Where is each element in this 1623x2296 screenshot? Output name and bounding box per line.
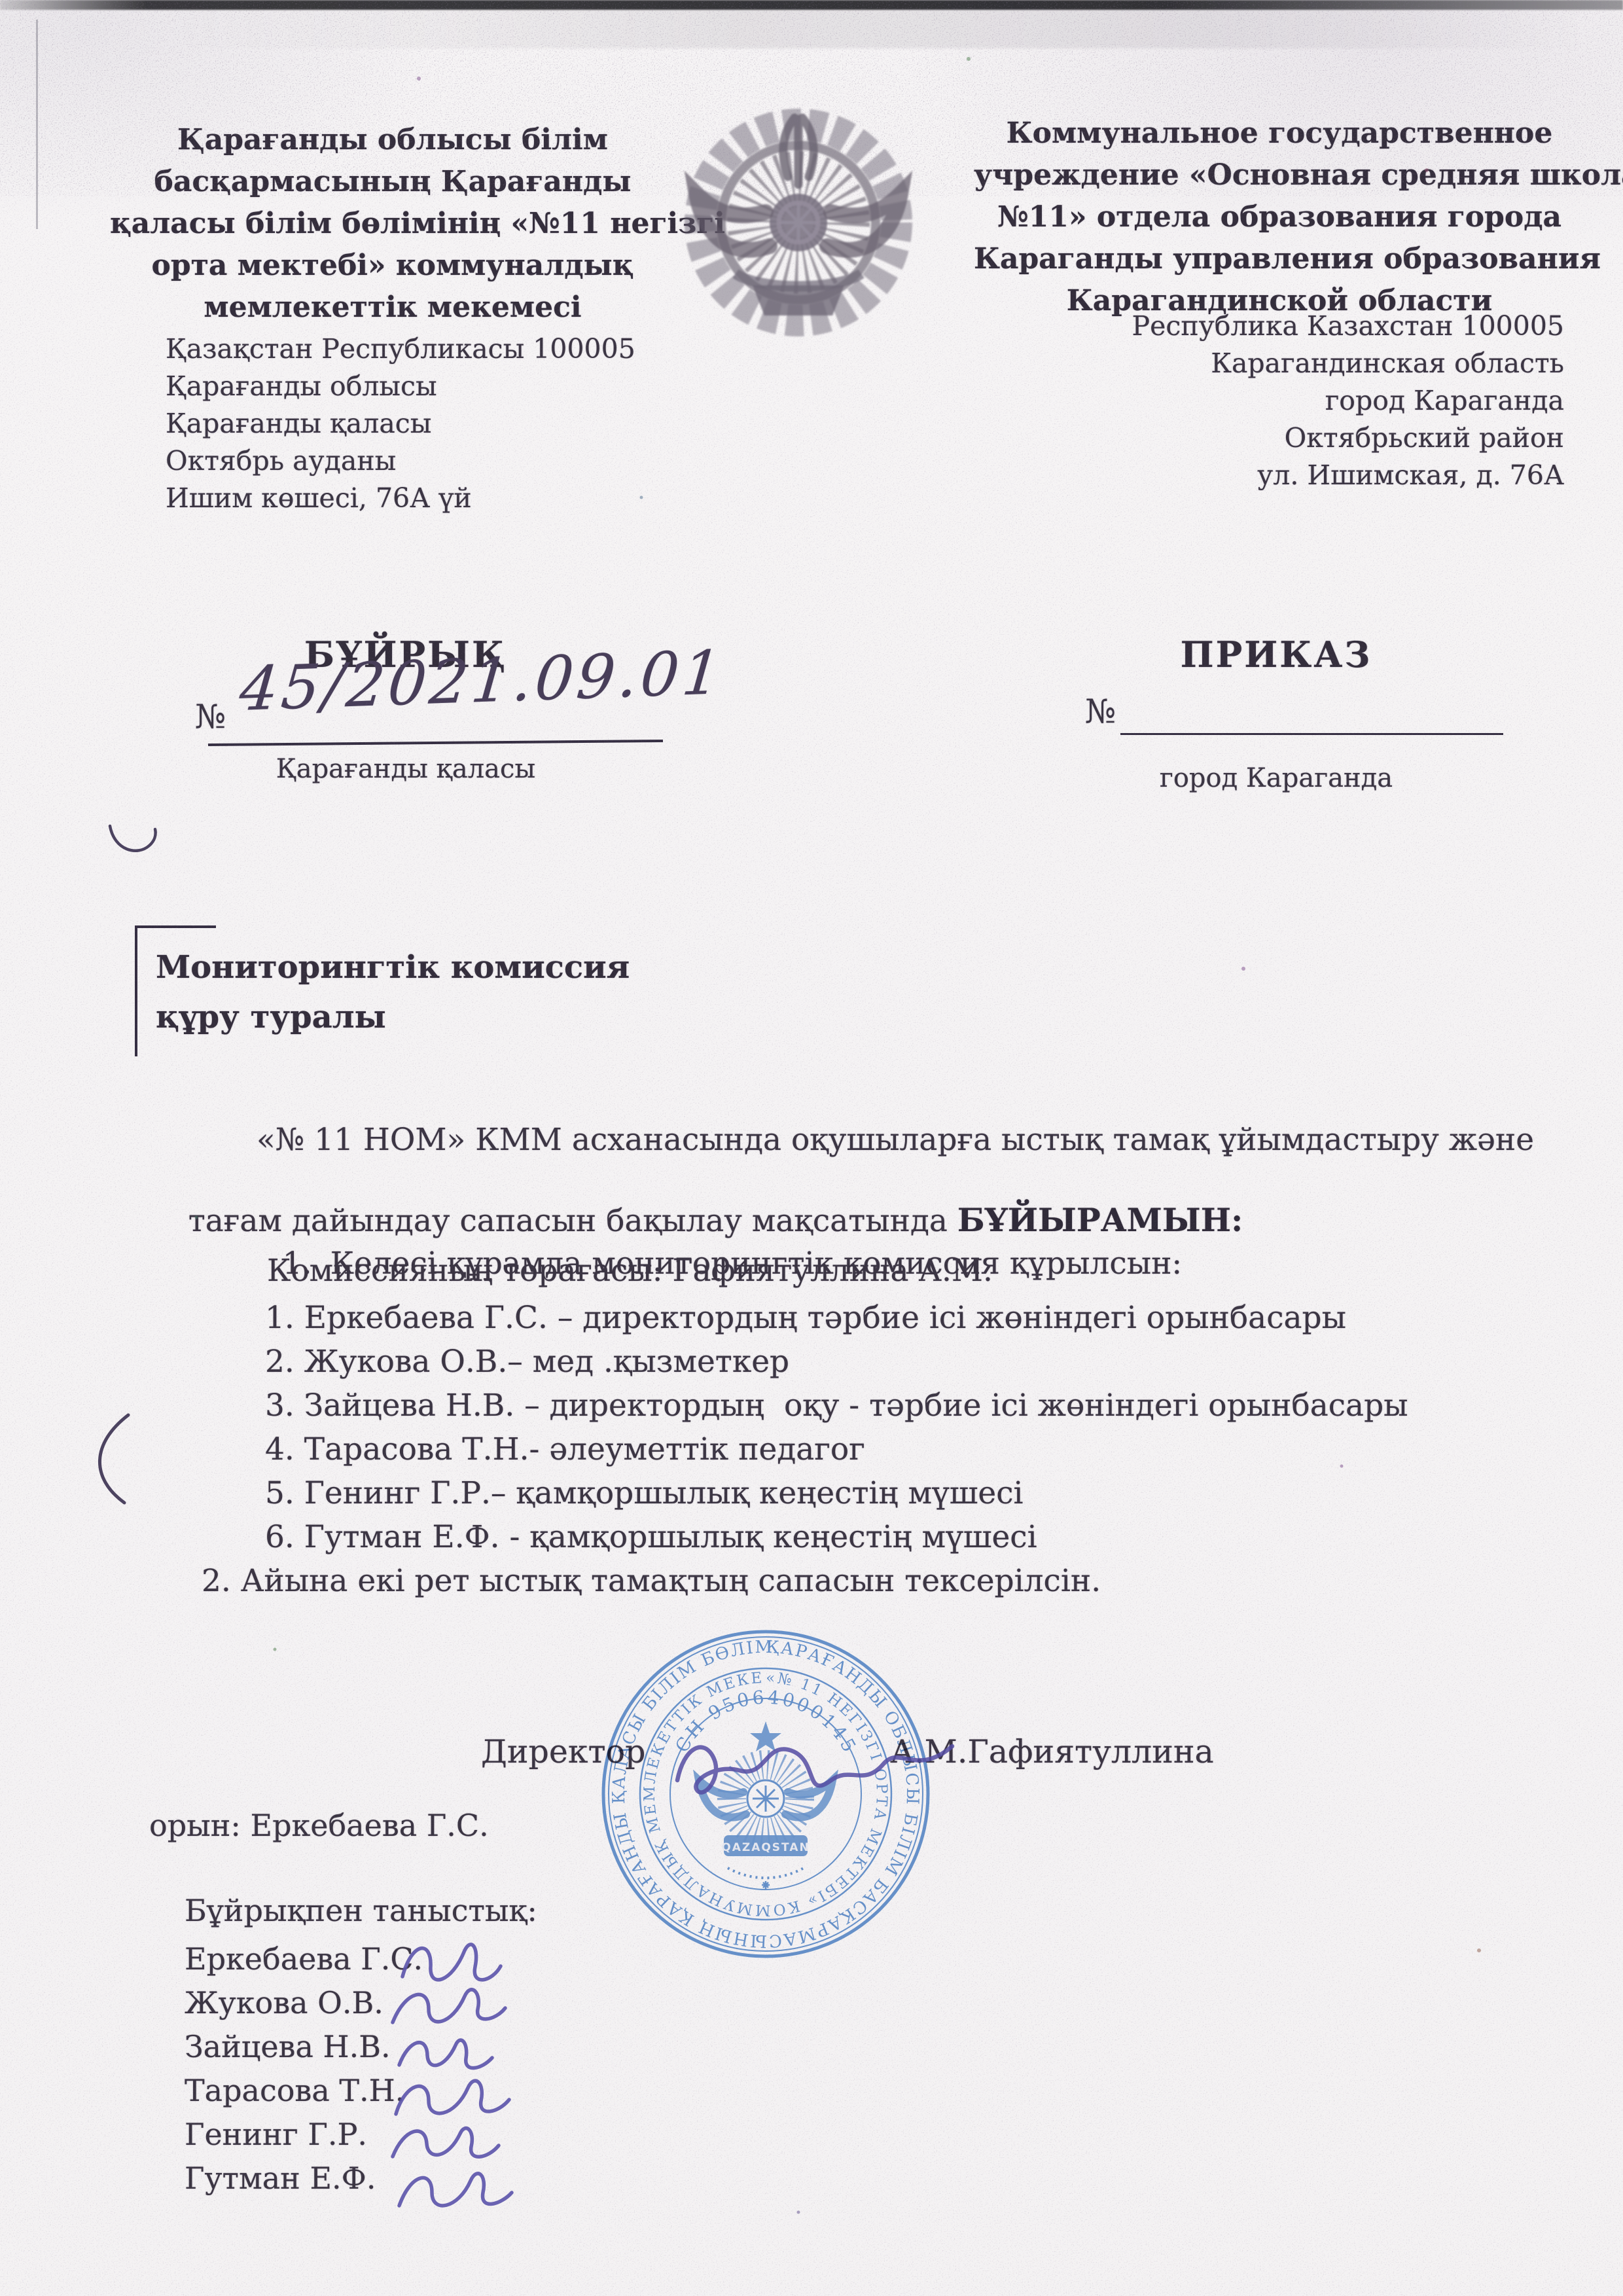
commission-members-list: 1. Еркебаева Г.С. – директордың тәрбие і… bbox=[265, 1296, 1408, 1559]
commission-member-row: 5. Генинг Г.Р.– қамқоршылық кеңестің мүш… bbox=[265, 1471, 1408, 1515]
body-item-2: 2. Айына екі рет ыстық тамақтың сапасын … bbox=[202, 1563, 1101, 1599]
order-number-label-kazakh: № bbox=[195, 698, 226, 736]
subject-bracket-horizontal bbox=[135, 925, 216, 928]
scan-left-edge-line bbox=[36, 20, 38, 229]
subject-line-1: Мониторингтік комиссия bbox=[156, 942, 630, 992]
address-line: Октябрь ауданы bbox=[166, 442, 635, 480]
address-line: ул. Ишимская, д. 76А bbox=[1021, 457, 1564, 494]
letterhead-left-org-line: қаласы білім бөлімінің «№11 негізгі bbox=[110, 203, 675, 245]
order-number-underline-kazakh bbox=[208, 740, 663, 746]
letterhead-right-org-line: учреждение «Основная средняя школа bbox=[974, 154, 1585, 196]
executor-line: орын: Еркебаева Г.С. bbox=[149, 1808, 489, 1843]
body-intro-line-1: «№ 11 НОМ» КММ асханасында оқушыларға ыс… bbox=[257, 1122, 1534, 1158]
letterhead-right-org-line: №11» отдела образования города bbox=[974, 196, 1585, 238]
address-line: Республика Казахстан 100005 bbox=[1021, 308, 1564, 345]
acknowledgement-signatures-ink bbox=[366, 1911, 589, 2225]
address-line: Қазақстан Республикасы 100005 bbox=[166, 331, 635, 368]
address-line: Қарағанды облысы bbox=[166, 368, 635, 405]
commission-member-row: 4. Тарасова Т.Н.- әлеуметтік педагог bbox=[265, 1427, 1408, 1471]
scan-top-edge-band bbox=[0, 0, 1623, 10]
kazakhstan-coat-of-arms-icon bbox=[682, 103, 915, 336]
order-number-label-russian: № bbox=[1085, 692, 1116, 730]
letterhead-left-org-line: Қарағанды облысы білім bbox=[110, 119, 675, 161]
order-number-underline-russian bbox=[1120, 733, 1503, 735]
scanned-order-document: Қарағанды облысы білім басқармасының Қар… bbox=[0, 0, 1623, 2296]
letterhead-left-org-line: басқармасының Қарағанды bbox=[110, 161, 675, 203]
director-signature-ink bbox=[668, 1702, 962, 1833]
commission-member-row: 2. Жукова О.В.– мед .қызметкер bbox=[265, 1340, 1408, 1384]
order-place-russian: город Караганда bbox=[1067, 763, 1486, 793]
address-line: город Караганда bbox=[1021, 382, 1564, 420]
letterhead-left-org-line: мемлекеттік мекемесі bbox=[110, 287, 675, 329]
commission-member-row: 3. Зайцева Н.В. – директордың оқу - тәрб… bbox=[265, 1384, 1408, 1427]
order-title-russian: ПРИКАЗ bbox=[1067, 634, 1486, 675]
letterhead-right-org-line: Караганды управления образования bbox=[974, 238, 1585, 280]
address-line: Октябрьский район bbox=[1021, 420, 1564, 457]
body-chair-line: Комиссияның төрағасы: Гафиятуллина А.М. bbox=[267, 1253, 993, 1289]
stamp-center-label: QAZAQSTAN bbox=[721, 1841, 810, 1854]
letterhead-right-org-line: Коммунальное государственное bbox=[974, 113, 1585, 154]
order-place-kazakh: Қарағанды қаласы bbox=[203, 754, 609, 784]
subject-bracket-vertical bbox=[135, 925, 137, 1056]
subject-line-2: құру туралы bbox=[156, 992, 386, 1042]
letterhead-right-address: Республика Казахстан 100005 Карагандинск… bbox=[1021, 308, 1564, 494]
letterhead-left-org-line: орта мектебі» коммуналдық bbox=[110, 245, 675, 287]
address-line: Қарағанды қаласы bbox=[166, 405, 635, 442]
letterhead-right-org: Коммунальное государственное учреждение … bbox=[974, 113, 1585, 322]
scan-top-smudge bbox=[0, 9, 1623, 48]
address-line: Ишим көшесі, 76А үй bbox=[166, 480, 635, 517]
letterhead-left-address: Қазақстан Республикасы 100005 Қарағанды … bbox=[166, 331, 635, 517]
letterhead-left-org: Қарағанды облысы білім басқармасының Қар… bbox=[110, 119, 675, 329]
commission-member-row: 6. Гутман Е.Ф. - қамқоршылық кеңестің мү… bbox=[265, 1515, 1408, 1559]
commission-member-row: 1. Еркебаева Г.С. – директордың тәрбие і… bbox=[265, 1296, 1408, 1340]
address-line: Карагандинская область bbox=[1021, 345, 1564, 382]
